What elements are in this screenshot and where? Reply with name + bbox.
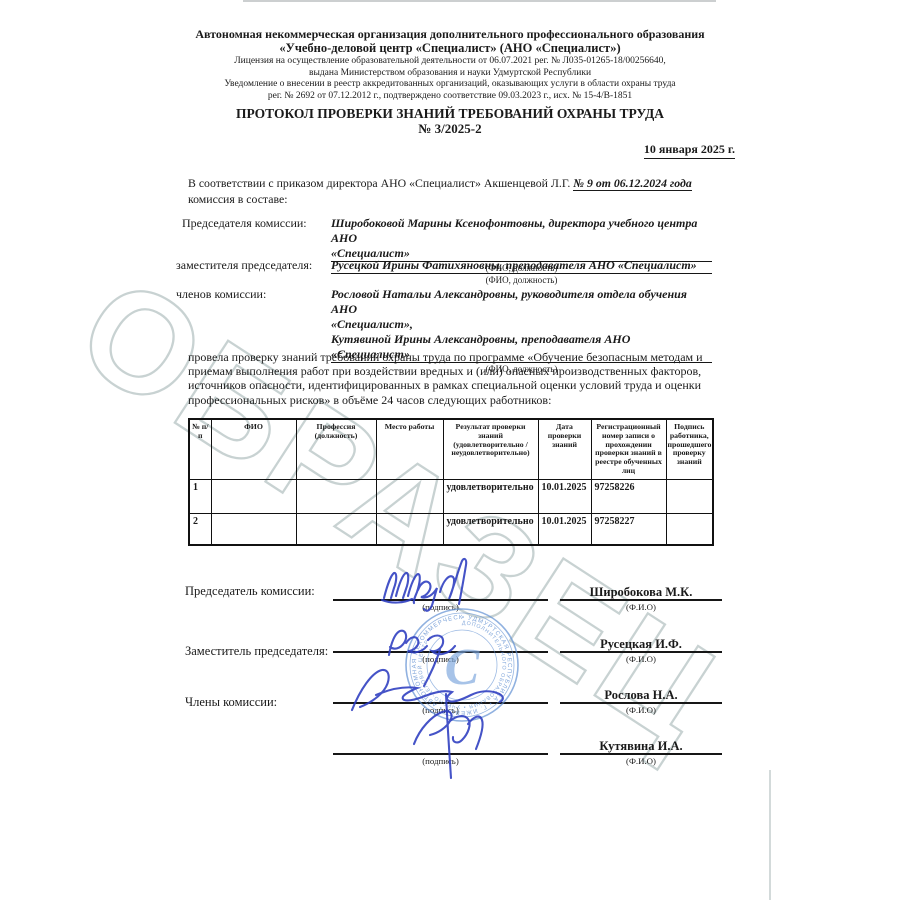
license-line2: выдана Министерством образования и науки… [90, 68, 810, 80]
sign-name-chairman: Широбокова М.К. [560, 585, 722, 599]
cell-fio [211, 513, 296, 545]
org-round-stamp: • УДМУРТСКАЯ РЕСПУБЛИКА • Г. ИЖЕВСК • АВ… [402, 605, 522, 725]
title-line: ПРОТОКОЛ ПРОВЕРКИ ЗНАНИЙ ТРЕБОВАНИЙ ОХРА… [90, 106, 810, 121]
sign-label-chairman: Председатель комиссии: [185, 584, 315, 599]
org-header: Автономная некоммерческая организация до… [90, 27, 810, 102]
org-name-line1: Автономная некоммерческая организация до… [90, 27, 810, 41]
table-row: 1 удовлетворительно 10.01.2025 97258226 [189, 479, 713, 513]
chairman-value-line1: Широбоковой Марины Ксенофонтовны, директ… [331, 216, 712, 246]
chairman-value: Широбоковой Марины Ксенофонтовны, директ… [331, 216, 712, 262]
chairman-label: Председателя комиссии: [182, 216, 307, 231]
signature-line [333, 753, 548, 755]
col-header-result: Результат проверки знаний (удовлетворите… [443, 419, 538, 479]
sign-label-members: Члены комиссии: [185, 695, 277, 710]
accreditation-line1: Уведомление о внесении в реестр аккредит… [90, 79, 810, 91]
cell-profession [296, 513, 376, 545]
fio-line [560, 702, 722, 704]
commission-row-deputy: заместителя председателя: Русецкой Ирины… [166, 258, 712, 286]
deputy-label: заместителя председателя: [176, 258, 312, 273]
table-header-row: № п/п ФИО Профессия (должность) Место ра… [189, 419, 713, 479]
license-line1: Лицензия на осуществление образовательно… [90, 56, 810, 68]
members-value-line1: Рословой Натальи Александровны, руководи… [331, 287, 712, 317]
col-header-regnumber: Регистрационный номер записи о прохожден… [591, 419, 666, 479]
cell-result: удовлетворительно [443, 479, 538, 513]
fio-position-caption: (ФИО, должность) [331, 274, 712, 286]
document-title: ПРОТОКОЛ ПРОВЕРКИ ЗНАНИЙ ТРЕБОВАНИЙ ОХРА… [90, 106, 810, 136]
deputy-value: Русецкой Ирины Фатихяновны, преподавател… [331, 258, 712, 274]
members-label: членов комиссии: [176, 287, 266, 302]
stamp-center-letter: С [445, 639, 481, 696]
signature-caption: (подпись) [333, 756, 548, 766]
sign-name-member2: Кутявина И.А. [560, 739, 722, 753]
signature-line [333, 599, 548, 601]
col-header-num: № п/п [189, 419, 211, 479]
document-date: 10 января 2025 г. [644, 142, 735, 159]
intro-paragraph: В соответствии с приказом директора АНО … [188, 176, 736, 207]
col-header-fio: ФИО [211, 419, 296, 479]
col-header-profession: Профессия (должность) [296, 419, 376, 479]
cell-profession [296, 479, 376, 513]
cell-regnumber: 97258226 [591, 479, 666, 513]
table-row: 2 удовлетворительно 10.01.2025 97258227 [189, 513, 713, 545]
cell-regnumber: 97258227 [591, 513, 666, 545]
sign-label-deputy: Заместитель председателя: [185, 644, 328, 659]
protocol-number: № 3/2025-2 [90, 121, 810, 136]
members-value-line2: «Специалист», [331, 317, 712, 332]
fio-line [560, 753, 722, 755]
cell-signature [666, 513, 713, 545]
col-header-date: Дата проверки знаний [538, 419, 591, 479]
document-page: ОБРАЗЕЦ Автономная некоммерческая органи… [0, 0, 900, 900]
cell-workplace [376, 479, 443, 513]
col-header-workplace: Место работы [376, 419, 443, 479]
fio-caption: (Ф.И.О) [560, 756, 722, 766]
document-content: Автономная некоммерческая организация до… [0, 0, 900, 900]
accreditation-line2: рег. № 2692 от 07.12.2012 г., подтвержде… [90, 91, 810, 103]
program-paragraph: провела проверку знаний требований охран… [188, 350, 720, 407]
cell-date: 10.01.2025 [538, 513, 591, 545]
workers-table: № п/п ФИО Профессия (должность) Место ра… [188, 418, 714, 546]
sign-name-member1: Рослова Н.А. [560, 688, 722, 702]
sign-name-deputy: Русецкая И.Ф. [560, 637, 722, 651]
org-name-line2: «Учебно-деловой центр «Специалист» (АНО … [90, 41, 810, 56]
col-header-signature: Подпись работника, прошедшего проверку з… [666, 419, 713, 479]
fio-line [560, 651, 722, 653]
intro-suffix: комиссия в составе: [188, 192, 736, 208]
cell-signature [666, 479, 713, 513]
cell-fio [211, 479, 296, 513]
cell-result: удовлетворительно [443, 513, 538, 545]
fio-caption: (Ф.И.О) [560, 705, 722, 715]
cell-num: 1 [189, 479, 211, 513]
fio-caption: (Ф.И.О) [560, 654, 722, 664]
fio-caption: (Ф.И.О) [560, 602, 722, 612]
order-reference: № 9 от 06.12.2024 года [573, 176, 692, 191]
cell-date: 10.01.2025 [538, 479, 591, 513]
intro-prefix: В соответствии с приказом директора АНО … [188, 176, 573, 190]
deputy-value-line1: Русецкой Ирины Фатихяновны, преподавател… [331, 258, 712, 273]
fio-line [560, 599, 722, 601]
cell-workplace [376, 513, 443, 545]
cell-num: 2 [189, 513, 211, 545]
